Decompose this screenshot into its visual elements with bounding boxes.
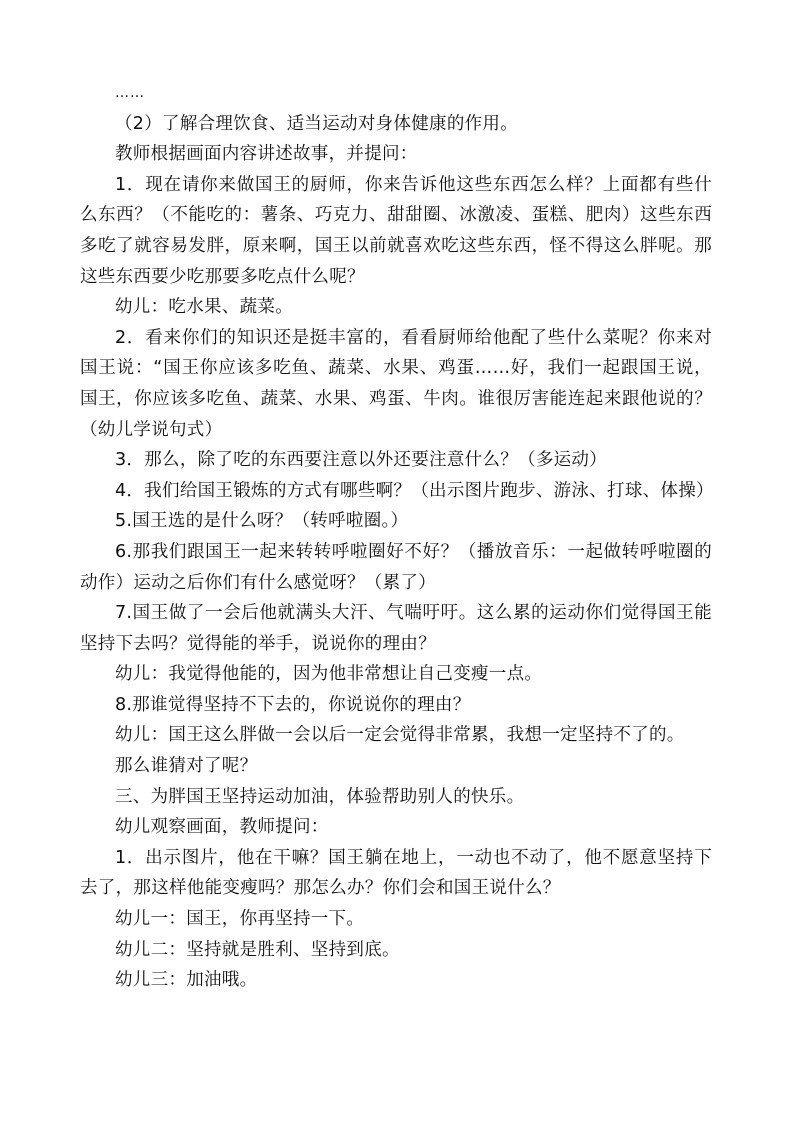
- section-3-heading: 三、为胖国王坚持运动加油，体验帮助别人的快乐。: [80, 782, 712, 813]
- child-three-answer: 幼儿三：加油哦。: [80, 965, 712, 996]
- child-answer-8: 幼儿：国王这么胖做一会以后一定会觉得非常累，我想一定坚持不了的。: [80, 720, 712, 751]
- child-two-answer: 幼儿二：坚持就是胜利、坚持到底。: [80, 935, 712, 966]
- ellipsis-line: ……: [80, 78, 712, 109]
- document-page: …… （2）了解合理饮食、适当运动对身体健康的作用。 教师根据画面内容讲述故事，…: [80, 78, 712, 996]
- follow-up-question: 那么谁猜对了呢？: [80, 751, 712, 782]
- section-3-instruction: 幼儿观察画面，教师提问：: [80, 812, 712, 843]
- child-answer-1: 幼儿：吃水果、蔬菜。: [80, 292, 712, 323]
- child-one-answer: 幼儿一：国王，你再坚持一下。: [80, 904, 712, 935]
- question-7: 7.国王做了一会后他就满头大汗、气喘吁吁。这么累的运动你们觉得国王能坚持下去吗？…: [80, 598, 712, 659]
- question-6: 6.那我们跟国王一起来转转呼啦圈好不好？（播放音乐：一起做转呼啦圈的动作）运动之…: [80, 537, 712, 598]
- section-3-question-1: 1．出示图片，他在干嘛？国王躺在地上，一动也不动了，他不愿意坚持下去了，那这样他…: [80, 843, 712, 904]
- teacher-instruction: 教师根据画面内容讲述故事，并提问：: [80, 139, 712, 170]
- objective-2: （2）了解合理饮食、适当运动对身体健康的作用。: [80, 109, 712, 140]
- question-8: 8.那谁觉得坚持不下去的，你说说你的理由？: [80, 690, 712, 721]
- question-3: 3．那么，除了吃的东西要注意以外还要注意什么？（多运动）: [80, 445, 712, 476]
- child-answer-7: 幼儿：我觉得他能的，因为他非常想让自己变瘦一点。: [80, 659, 712, 690]
- question-4: 4．我们给国王锻炼的方式有哪些啊？（出示图片跑步、游泳、打球、体操）: [80, 476, 712, 507]
- question-1: 1．现在请你来做国王的厨师，你来告诉他这些东西怎么样？上面都有些什么东西？（不能…: [80, 170, 712, 292]
- question-2: 2．看来你们的知识还是挺丰富的，看看厨师给他配了些什么菜呢？你来对国王说：“国王…: [80, 323, 712, 445]
- question-5: 5.国王选的是什么呀？（转呼啦圈。）: [80, 506, 712, 537]
